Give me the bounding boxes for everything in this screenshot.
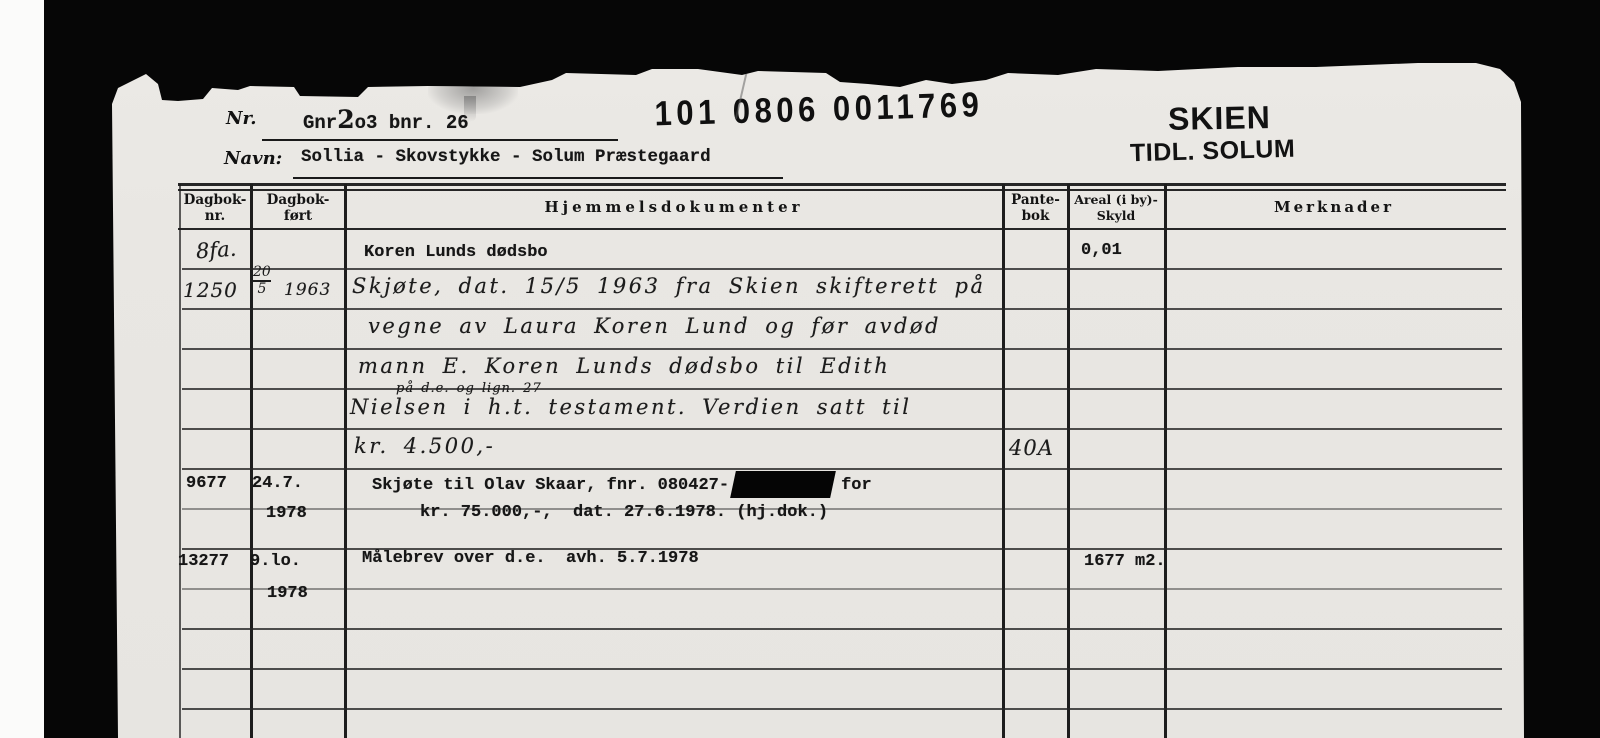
ruled-line	[182, 668, 1502, 670]
row2-hjemmel-line1: Skjøte, dat. 15/5 1963 fra Skien skifter…	[352, 274, 986, 298]
ruled-line	[182, 308, 1502, 310]
ruled-line	[182, 348, 1502, 350]
row4-dagbok-nr: 13277	[178, 552, 229, 571]
ruled-line	[182, 468, 1502, 470]
ruled-line	[182, 508, 1502, 510]
row1-dagbok-nr: 8fa.	[195, 237, 237, 264]
row2-pantebok: 40A	[1009, 436, 1054, 460]
torn-edge-smudge-drip	[464, 96, 476, 122]
ruled-line	[182, 388, 1502, 390]
col-header-dagbok-fort: Dagbok-ført	[252, 192, 344, 224]
navn-value: Sollia - Skovstykke - Solum Præstegaard	[301, 147, 711, 167]
row3-dagbok-fort-day: 24.7.	[252, 474, 303, 493]
row2-hjemmel-line3: mann E. Koren Lunds dødsbo til Edith	[358, 354, 890, 378]
scanner-edge-strip	[0, 0, 44, 738]
col-header-dagbok-nr: Dagbok-nr.	[180, 192, 250, 224]
row3-hjemmel-line2: kr. 75.000,-, dat. 27.6.1978. (hj.dok.)	[420, 503, 828, 522]
nr-underline	[262, 139, 618, 141]
col-header-areal-skyld: Areal (i by)-Skyld	[1066, 192, 1166, 224]
header-bottom-line	[178, 228, 1506, 230]
row4-hjemmel-line1: Målebrev over d.e. avh. 5.7.1978	[362, 549, 699, 568]
row2-hjemmel-line5: kr. 4.500,-	[354, 434, 495, 458]
ruled-line	[182, 588, 1502, 590]
navn-underline	[293, 177, 783, 179]
row1-areal-skyld: 0,01	[1081, 241, 1122, 260]
ruled-line	[182, 708, 1502, 710]
row4-dagbok-fort-year: 1978	[267, 584, 308, 603]
municipality-stamp: SKIEN	[1168, 99, 1271, 138]
ruled-line	[182, 628, 1502, 630]
col-header-pantebok: Pante-bok	[1004, 192, 1067, 224]
paper-sheet: Nr. Gnr2o3 bnr. 26 101 0806 0011769 SKIE…	[0, 0, 1600, 738]
row1-hjemmel: Koren Lunds dødsbo	[364, 243, 548, 262]
handwritten-correction: 2	[337, 105, 354, 134]
row3-dagbok-nr: 9677	[186, 474, 227, 493]
row4-areal-skyld: 1677 m2.	[1084, 552, 1166, 571]
ruled-line	[182, 268, 1502, 270]
col-header-hjemmelsdokumenter: Hjemmelsdokumenter	[346, 199, 1002, 215]
row3-hjemmel-line1: Skjøte til Olav Skaar, fnr. 080427-for	[372, 471, 872, 498]
redaction-box	[730, 471, 836, 498]
row2-dagbok-fort-fraction: 205	[253, 266, 271, 296]
col-header-merknader: Merknader	[1166, 199, 1502, 215]
scanned-registry-card: Nr. Gnr2o3 bnr. 26 101 0806 0011769 SKIE…	[0, 0, 1600, 738]
row2-dagbok-fort-year: 1963	[284, 280, 331, 300]
row3-dagbok-fort-year: 1978	[266, 504, 307, 523]
row2-dagbok-nr: 1250	[183, 278, 238, 302]
col-line-left	[179, 184, 181, 738]
nr-label: Nr.	[226, 108, 257, 129]
table-top-line-inner	[178, 189, 1506, 191]
navn-label: Navn:	[224, 148, 282, 169]
row4-dagbok-fort-day: 9.lo.	[250, 552, 301, 571]
cadastre-number-stamp: 101 0806 0011769	[654, 85, 984, 134]
row2-hjemmel-line4-insertion: på d.e. og lign. 27	[396, 381, 542, 396]
former-municipality-stamp: TIDL. SOLUM	[1130, 135, 1296, 169]
row2-hjemmel-line4: Nielsen i h.t. testament. Verdien satt t…	[350, 395, 912, 419]
ruled-line	[182, 428, 1502, 430]
table-top-line-outer	[178, 183, 1506, 186]
row2-hjemmel-line2: vegne av Laura Koren Lund og før avdød	[368, 314, 941, 338]
